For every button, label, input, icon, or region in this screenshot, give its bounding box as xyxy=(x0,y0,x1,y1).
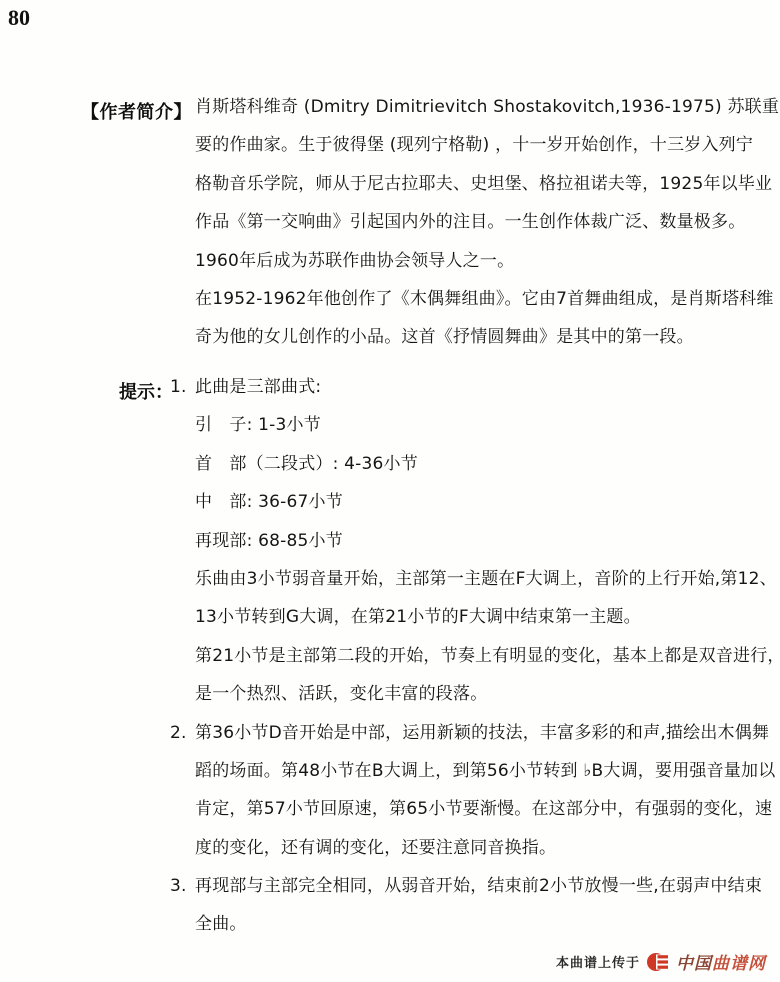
author-intro-line: 奇为他的女儿创作的小品。这首《抒情圆舞曲》是其中的第一段。 xyxy=(195,318,770,356)
author-intro-line: 在1952-1962年他创作了《木偶舞组曲》。它由7首舞曲组成，是肖斯塔科维 xyxy=(195,280,770,318)
hint-text-line: 肯定，第57小节回原速，第65小节要渐慢。在这部分中，有强弱的变化，速 xyxy=(170,790,770,828)
page-number: 80 xyxy=(8,5,30,31)
hint-text-line: 全曲。 xyxy=(170,905,770,943)
author-intro-line: 格勒音乐学院，师从于尼古拉耶夫、史坦堡、格拉祖诺夫等，1925年以毕业 xyxy=(195,165,770,203)
hint-text-line: 引 子: 1-3小节 xyxy=(170,406,770,444)
hint-item-3-start: 3.再现部与主部完全相同，从弱音开始，结束前2小节放慢一些,在弱声中结束 xyxy=(170,867,770,905)
hint-text: 第36小节D音开始是中部，运用新颖的技法，丰富多彩的和声,描绘出木偶舞 xyxy=(195,723,769,743)
site-name: 中国曲谱网 xyxy=(676,949,766,974)
hint-text-line: 首 部（二段式）: 4-36小节 xyxy=(170,445,770,483)
hint-text-line: 蹈的场面。第48小节在B大调上，到第56小节转到 ♭B大调，要用强音量加以 xyxy=(170,752,770,790)
author-intro-line: 要的作曲家。生于彼得堡 (现列宁格勒) ，十一岁开始创作，十三岁入列宁 xyxy=(195,126,770,164)
hints-heading: 提示： xyxy=(119,378,173,404)
hint-item-number: 3. xyxy=(170,867,195,905)
hint-item-2-start: 2.第36小节D音开始是中部，运用新颖的技法，丰富多彩的和声,描绘出木偶舞 xyxy=(170,714,770,752)
hint-text: 此曲是三部曲式: xyxy=(195,377,321,397)
hint-item-number: 2. xyxy=(170,714,195,752)
author-intro-paragraph: 肖斯塔科维奇 (Dmitry Dimitrievitch Shostakovit… xyxy=(195,88,770,357)
hint-text-line: 乐曲由3小节弱音量开始，主部第一主题在F大调上，音阶的上行开始,第12、 xyxy=(170,560,770,598)
hint-text-line: 第21小节是主部第二段的开始，节奏上有明显的变化，基本上都是双音进行， xyxy=(170,637,770,675)
hint-text-line: 中 部: 36-67小节 xyxy=(170,483,770,521)
china-qupu-logo-icon xyxy=(647,952,669,972)
watermark-upload-text: 本曲谱上传于 xyxy=(556,952,640,971)
site-name-part1: 中国 xyxy=(676,954,712,974)
author-intro-line: 作品《第一交响曲》引起国内外的注目。一生创作体裁广泛、数量极多。 xyxy=(195,203,770,241)
author-intro-line: 肖斯塔科维奇 (Dmitry Dimitrievitch Shostakovit… xyxy=(195,88,770,126)
hint-text-line: 再现部: 68-85小节 xyxy=(170,522,770,560)
hints-list: 1.此曲是三部曲式: 引 子: 1-3小节 首 部（二段式）: 4-36小节 中… xyxy=(170,368,770,944)
hint-text-line: 度的变化，还有调的变化，还要注意同音换指。 xyxy=(170,829,770,867)
hint-item-1-start: 1.此曲是三部曲式: xyxy=(170,368,770,406)
hint-text: 再现部与主部完全相同，从弱音开始，结束前2小节放慢一些,在弱声中结束 xyxy=(195,876,762,896)
author-intro-line: 1960年后成为苏联作曲协会领导人之一。 xyxy=(195,242,770,280)
hint-text-line: 是一个热烈、活跃，变化丰富的段落。 xyxy=(170,675,770,713)
hint-text-line: 13小节转到G大调，在第21小节的F大调中结束第一主题。 xyxy=(170,598,770,636)
watermark-footer: 本曲谱上传于 中国曲谱网 xyxy=(556,949,766,974)
scanned-document-page: 80 【作者简介】 肖斯塔科维奇 (Dmitry Dimitrievitch S… xyxy=(0,0,780,982)
author-intro-heading: 【作者简介】 xyxy=(81,98,192,124)
hint-item-number: 1. xyxy=(170,368,195,406)
site-name-part2: 曲谱网 xyxy=(712,954,766,974)
